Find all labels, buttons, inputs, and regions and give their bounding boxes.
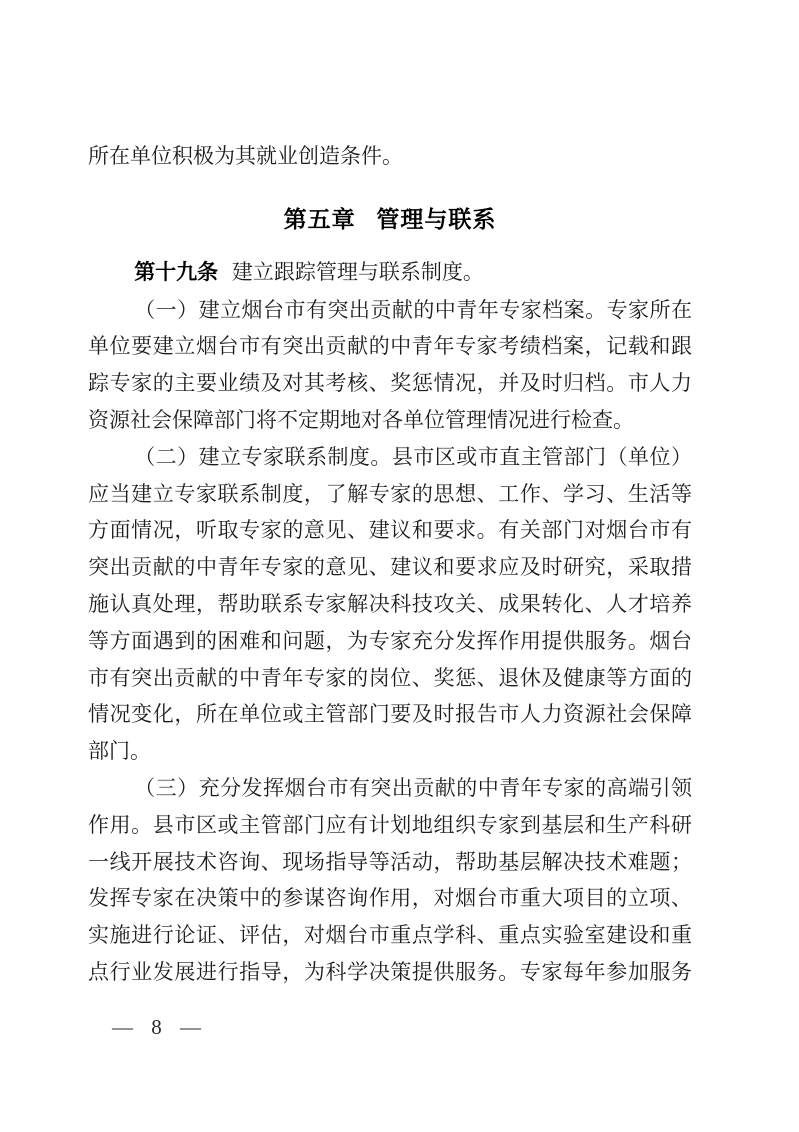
body-line: 点行业发展进行指导，为科学决策提供服务。专家每年参加服务 (88, 954, 692, 991)
body-line: （三）充分发挥烟台市有突出贡献的中青年专家的高端引领 (88, 770, 692, 807)
body-line: 一线开展技术咨询、现场指导等活动，帮助基层解决技术难题； (88, 844, 692, 881)
body-line: 应当建立专家联系制度，了解专家的思想、工作、学习、生活等 (88, 476, 692, 513)
body-line: 踪专家的主要业绩及对其考核、奖惩情况，并及时归档。市人力 (88, 365, 692, 402)
article-heading: 第十九条建立跟踪管理与联系制度。 (88, 254, 692, 292)
body-line: 情况变化，所在单位或主管部门要及时报告市人力资源社会保障 (88, 696, 692, 733)
chapter-title: 管理与联系 (376, 206, 496, 232)
body-line: （一）建立烟台市有突出贡献的中青年专家档案。专家所在 (88, 292, 692, 329)
paragraph-2: （二）建立专家联系制度。县市区或市直主管部门（单位） 应当建立专家联系制度，了解… (88, 439, 692, 770)
paragraph-1: （一）建立烟台市有突出贡献的中青年专家档案。专家所在 单位要建立烟台市有突出贡献… (88, 292, 692, 439)
page-footer: — 8 — (112, 1009, 204, 1046)
body-line: 等方面遇到的困难和问题，为专家充分发挥作用提供服务。烟台 (88, 623, 692, 660)
paragraph-3: （三）充分发挥烟台市有突出贡献的中青年专家的高端引领 作用。县市区或主管部门应有… (88, 770, 692, 991)
body-line: （二）建立专家联系制度。县市区或市直主管部门（单位） (88, 439, 692, 476)
page-number: — 8 — (112, 1015, 204, 1039)
document-body: 所在单位积极为其就业创造条件。 第五章管理与联系 第十九条建立跟踪管理与联系制度… (88, 138, 692, 991)
chapter-number: 第五章 (284, 206, 356, 232)
article-title: 建立跟踪管理与联系制度。 (232, 260, 484, 284)
body-line: 单位要建立烟台市有突出贡献的中青年专家考绩档案，记载和跟 (88, 328, 692, 365)
continuation-text: 所在单位积极为其就业创造条件。 (88, 138, 692, 175)
body-line: 实施进行论证、评估，对烟台市重点学科、重点实验室建设和重 (88, 917, 692, 954)
article-number: 第十九条 (134, 261, 218, 284)
document-page: 所在单位积极为其就业创造条件。 第五章管理与联系 第十九条建立跟踪管理与联系制度… (0, 0, 799, 1132)
body-line: 作用。县市区或主管部门应有计划地组织专家到基层和生产科研 (88, 807, 692, 844)
body-line: 方面情况，听取专家的意见、建议和要求。有关部门对烟台市有 (88, 512, 692, 549)
body-line: 发挥专家在决策中的参谋咨询作用，对烟台市重大项目的立项、 (88, 880, 692, 917)
body-line: 资源社会保障部门将不定期地对各单位管理情况进行检查。 (88, 402, 692, 439)
body-line: 市有突出贡献的中青年专家的岗位、奖惩、退休及健康等方面的 (88, 660, 692, 697)
body-line: 施认真处理，帮助联系专家解决科技攻关、成果转化、人才培养 (88, 586, 692, 623)
chapter-heading: 第五章管理与联系 (88, 201, 692, 238)
body-line: 突出贡献的中青年专家的意见、建议和要求应及时研究，采取措 (88, 549, 692, 586)
body-line: 部门。 (88, 733, 692, 770)
